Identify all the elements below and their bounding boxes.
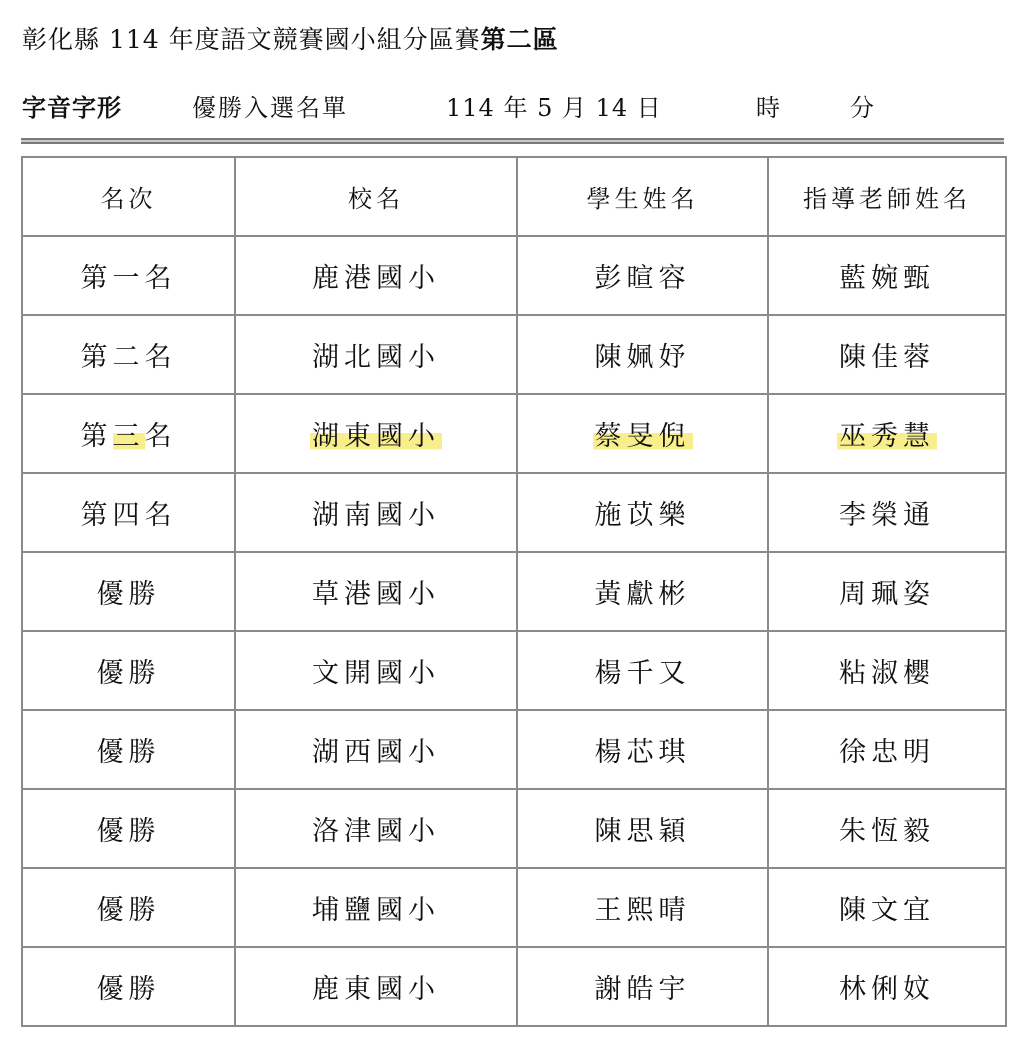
table-row: 優勝 埔鹽國小 王熙晴 陳文宜 xyxy=(22,868,1006,947)
school-cell: 洛津國小 xyxy=(235,789,517,868)
highlight-mark: 蔡旻倪 xyxy=(593,421,693,452)
title-district: 第二區 xyxy=(481,25,559,54)
highlight-mark: 巫秀慧 xyxy=(837,421,937,452)
rank-text-post: 名 xyxy=(145,421,177,452)
student-cell: 蔡旻倪 xyxy=(517,394,768,473)
table-header-row: 名次 校名 學生姓名 指導老師姓名 xyxy=(22,157,1006,236)
rank-text-pre: 第 xyxy=(81,421,113,452)
table-row: 優勝 草港國小 黃獻彬 周珮姿 xyxy=(22,552,1006,631)
table-row-highlighted: 第三名 湖東國小 蔡旻倪 巫秀慧 xyxy=(22,394,1006,473)
header-rank: 名次 xyxy=(22,157,235,236)
school-cell: 埔鹽國小 xyxy=(235,868,517,947)
teacher-cell: 徐忠明 xyxy=(768,710,1006,789)
double-rule-divider xyxy=(21,138,1004,144)
school-cell: 湖西國小 xyxy=(235,710,517,789)
rank-cell: 第三名 xyxy=(22,394,235,473)
rank-cell: 優勝 xyxy=(22,710,235,789)
table-row: 第四名 湖南國小 施苡樂 李榮通 xyxy=(22,473,1006,552)
teacher-cell: 粘淑櫻 xyxy=(768,631,1006,710)
school-cell: 文開國小 xyxy=(235,631,517,710)
table-row: 優勝 鹿東國小 謝皓宇 林俐妏 xyxy=(22,947,1006,1026)
student-cell: 楊芯琪 xyxy=(517,710,768,789)
highlight-mark: 三 xyxy=(113,421,145,452)
teacher-cell: 藍婉甄 xyxy=(768,236,1006,315)
teacher-cell: 周珮姿 xyxy=(768,552,1006,631)
rank-cell: 優勝 xyxy=(22,789,235,868)
rank-cell: 第二名 xyxy=(22,315,235,394)
highlight-mark: 湖東國小 xyxy=(310,421,442,452)
student-cell: 謝皓宇 xyxy=(517,947,768,1026)
rank-cell: 優勝 xyxy=(22,868,235,947)
teacher-cell: 林俐妏 xyxy=(768,947,1006,1026)
table-row: 第二名 湖北國小 陳姵妤 陳佳蓉 xyxy=(22,315,1006,394)
school-cell: 湖南國小 xyxy=(235,473,517,552)
rank-cell: 第四名 xyxy=(22,473,235,552)
school-cell: 湖東國小 xyxy=(235,394,517,473)
hour-label: 時 xyxy=(756,88,780,123)
table-row: 優勝 洛津國小 陳思穎 朱恆毅 xyxy=(22,789,1006,868)
list-name-label: 優勝入選名單 xyxy=(192,88,348,123)
minute-label: 分 xyxy=(850,88,874,123)
student-cell: 施苡樂 xyxy=(517,473,768,552)
rank-cell: 優勝 xyxy=(22,947,235,1026)
school-cell: 草港國小 xyxy=(235,552,517,631)
table-row: 第一名 鹿港國小 彭暄容 藍婉甄 xyxy=(22,236,1006,315)
student-cell: 黃獻彬 xyxy=(517,552,768,631)
school-cell: 湖北國小 xyxy=(235,315,517,394)
student-cell: 陳姵妤 xyxy=(517,315,768,394)
table-row: 優勝 文開國小 楊千又 粘淑櫻 xyxy=(22,631,1006,710)
student-cell: 陳思穎 xyxy=(517,789,768,868)
teacher-cell: 李榮通 xyxy=(768,473,1006,552)
teacher-cell: 陳文宜 xyxy=(768,868,1006,947)
student-cell: 彭暄容 xyxy=(517,236,768,315)
category-label: 字音字形 xyxy=(22,88,122,123)
results-table: 名次 校名 學生姓名 指導老師姓名 第一名 鹿港國小 彭暄容 藍婉甄 第二名 湖… xyxy=(21,156,1007,1027)
header-school: 校名 xyxy=(235,157,517,236)
rank-cell: 優勝 xyxy=(22,631,235,710)
date-label: 114 年 5 月 14 日 xyxy=(446,88,662,123)
school-cell: 鹿東國小 xyxy=(235,947,517,1026)
header-student: 學生姓名 xyxy=(517,157,768,236)
rank-cell: 第一名 xyxy=(22,236,235,315)
student-cell: 楊千又 xyxy=(517,631,768,710)
teacher-cell: 巫秀慧 xyxy=(768,394,1006,473)
school-cell: 鹿港國小 xyxy=(235,236,517,315)
teacher-cell: 朱恆毅 xyxy=(768,789,1006,868)
document-subtitle: 字音字形 優勝入選名單 114 年 5 月 14 日 時 分 xyxy=(22,88,1002,124)
document-title: 彰化縣 114 年度語文競賽國小組分區賽第二區 xyxy=(22,20,559,56)
student-cell: 王熙晴 xyxy=(517,868,768,947)
table-row: 優勝 湖西國小 楊芯琪 徐忠明 xyxy=(22,710,1006,789)
teacher-cell: 陳佳蓉 xyxy=(768,315,1006,394)
rank-cell: 優勝 xyxy=(22,552,235,631)
header-teacher: 指導老師姓名 xyxy=(768,157,1006,236)
title-prefix: 彰化縣 114 年度語文競賽國小組分區賽 xyxy=(22,25,481,54)
